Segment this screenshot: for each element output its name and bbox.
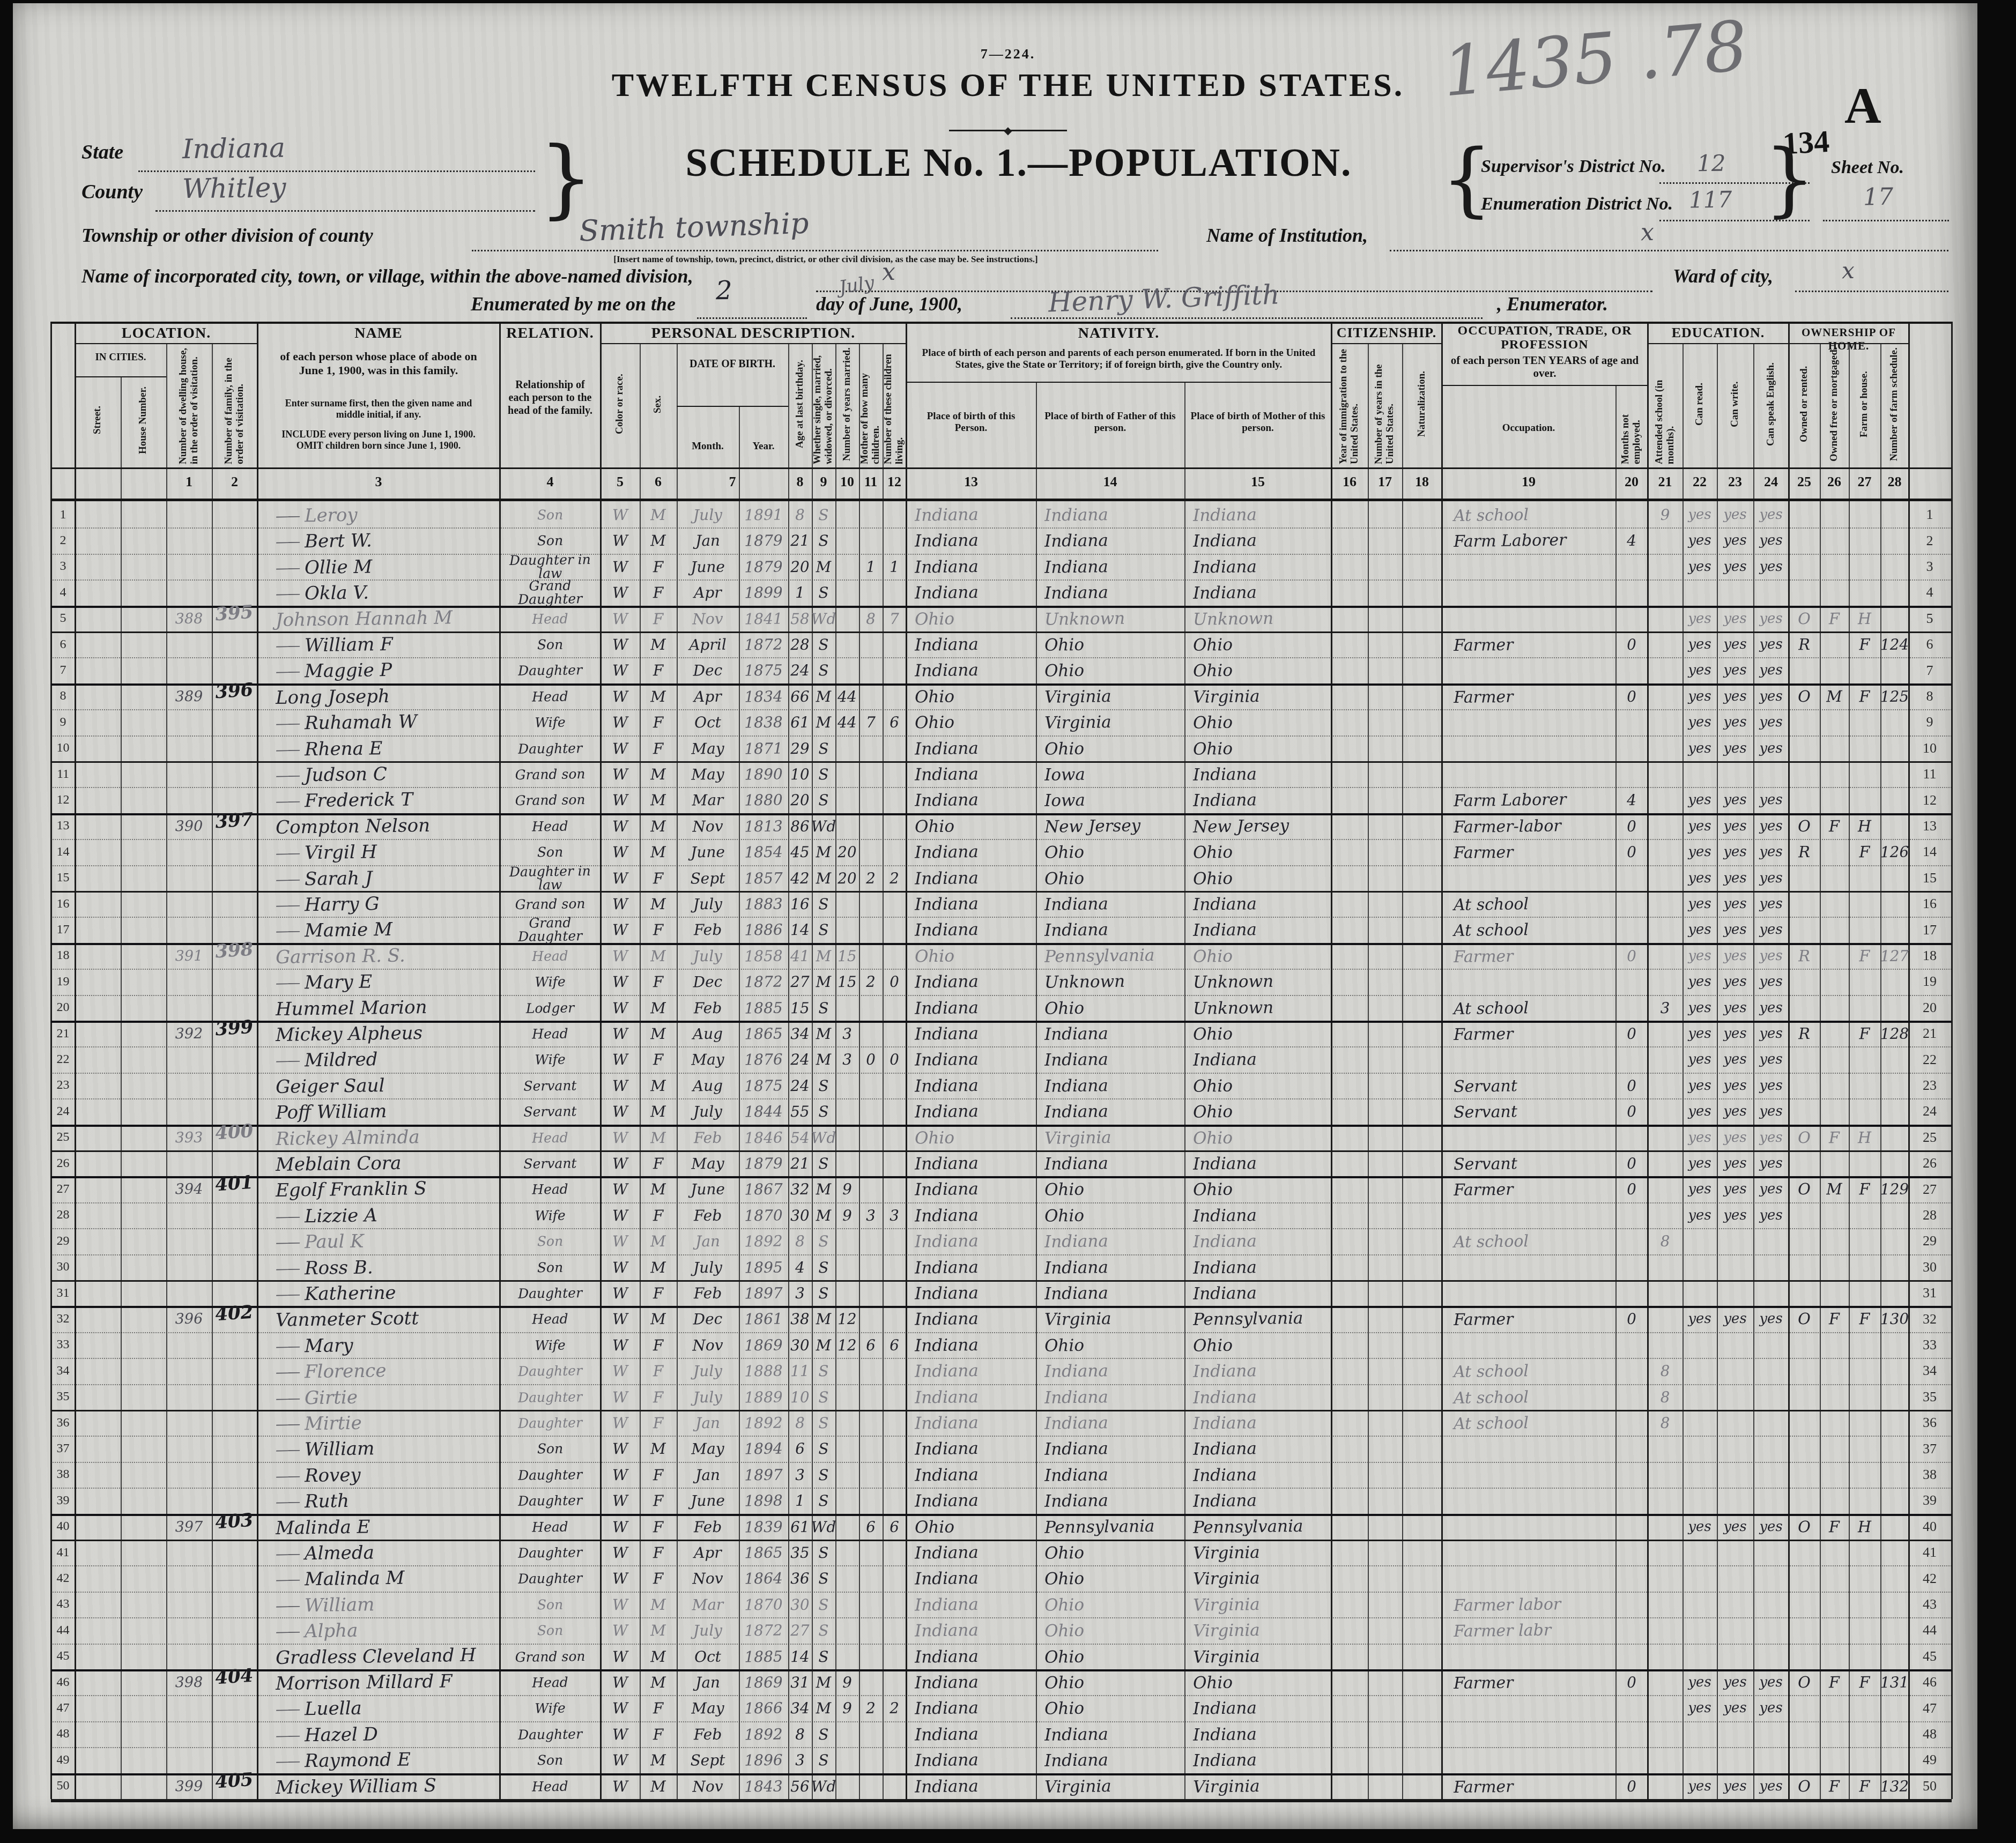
column-number-fm: 26 — [1820, 474, 1849, 490]
cell-age: 35 — [788, 1540, 812, 1566]
cell-wr: yes — [1717, 1150, 1754, 1177]
cell-color: W — [601, 1617, 640, 1644]
cell-pf: Indiana — [1036, 553, 1194, 581]
cell-color: W — [601, 1747, 640, 1773]
cell-wr: yes — [1717, 839, 1754, 865]
cell-sp: yes — [1753, 1669, 1789, 1696]
cell-pm: Ohio — [1184, 656, 1340, 684]
ditto-dash: —— — [276, 1287, 299, 1302]
cell-byear: 1866 — [739, 1695, 789, 1722]
table-row: 1616——Harry GGrand sonWMJuly188316SIndia… — [51, 891, 1952, 918]
cell-fam: 404 — [211, 1662, 258, 1691]
cell-bmonth: Oct — [677, 709, 739, 735]
cell-bmonth: July — [677, 501, 739, 528]
column-header-c18: Naturalization. — [1403, 344, 1441, 464]
cell-name: Mickey William S — [257, 1771, 518, 1801]
table-row: 44——Okla V.Grand DaughterWFApr18991SIndi… — [51, 579, 1952, 607]
cell-pb: Indiana — [906, 1046, 1045, 1074]
cell-age: 1 — [788, 579, 812, 606]
cell-name: ——William F — [257, 630, 518, 659]
cell-fs: 131 — [1880, 1669, 1909, 1696]
cell-bmonth: Nov — [677, 1565, 739, 1592]
line-number: 47 — [51, 1695, 75, 1721]
column-number-color: 5 — [601, 474, 640, 490]
cell-sex: M — [640, 683, 677, 709]
cell-sp: yes — [1753, 1176, 1789, 1202]
cell-sex: M — [640, 1669, 677, 1696]
cell-byear: 1896 — [739, 1747, 789, 1774]
cell-pm: Indiana — [1184, 1694, 1340, 1722]
table-row: 4141——AlmedaDaughterWFApr186535SIndianaO… — [51, 1540, 1952, 1566]
cell-pf: Indiana — [1036, 1461, 1194, 1489]
column-header-c17: Number of years in the United States. — [1369, 344, 1401, 464]
ditto-dash: —— — [276, 560, 299, 576]
cell-pb: Indiana — [906, 1591, 1045, 1618]
cell-sex: F — [640, 1332, 677, 1358]
cell-sp: yes — [1753, 1046, 1789, 1073]
cell-sp: yes — [1753, 813, 1789, 839]
cell-color: W — [601, 917, 640, 943]
cell-wr: yes — [1717, 813, 1754, 839]
cell-occ: Farmer — [1442, 1668, 1628, 1697]
line-number-right: 4 — [1909, 579, 1951, 605]
cell-sp: yes — [1753, 917, 1789, 943]
cell-own: R — [1789, 1021, 1820, 1047]
ditto-dash: —— — [276, 976, 299, 991]
line-number: 12 — [51, 787, 75, 813]
cell-fm: M — [1820, 683, 1849, 709]
cell-pm: Ohio — [1184, 630, 1340, 658]
cell-ym: 12 — [835, 1306, 859, 1332]
cell-pm: Ohio — [1184, 942, 1340, 970]
cell-name: ——Virgil H — [257, 837, 518, 867]
cell-age: 24 — [788, 1072, 812, 1098]
cell-fs: 125 — [1880, 683, 1909, 709]
cell-name: ——Ross B. — [257, 1252, 518, 1282]
cell-rel: Daughter — [500, 1383, 601, 1410]
line-number-right: 11 — [1909, 761, 1951, 787]
column-header-fm: Owned free or mortgaged. — [1821, 344, 1848, 464]
cell-ms: M — [812, 1306, 836, 1332]
cell-sex: F — [640, 579, 677, 606]
cell-rd: yes — [1683, 1176, 1717, 1202]
column-number-mn: 20 — [1615, 474, 1648, 490]
cell-color: W — [601, 1228, 640, 1254]
cell-mo: 6 — [859, 1332, 883, 1358]
cell-ms: M — [812, 553, 836, 579]
cell-rel: Son — [500, 1435, 601, 1462]
cell-byear: 1892 — [739, 1721, 789, 1748]
cell-color: W — [601, 969, 640, 995]
cell-pf: Indiana — [1036, 1409, 1194, 1437]
line-number: 37 — [51, 1436, 75, 1461]
line-number-right: 26 — [1909, 1150, 1951, 1176]
cell-wr: yes — [1717, 1124, 1754, 1150]
cell-byear: 1864 — [739, 1565, 789, 1592]
cell-name: Johnson Hannah M — [257, 604, 518, 633]
cell-ms: Wd — [812, 1124, 836, 1150]
cell-pb: Indiana — [906, 760, 1045, 788]
cell-byear: 1869 — [739, 1332, 789, 1358]
cell-own: R — [1789, 942, 1820, 969]
ditto-dash: —— — [276, 1754, 299, 1770]
grid-line — [51, 467, 1952, 469]
line-number-right: 28 — [1909, 1202, 1951, 1228]
cell-rel: Daughter — [500, 1720, 601, 1748]
cell-byear: 1875 — [739, 657, 789, 684]
cell-byear: 1892 — [739, 1228, 789, 1255]
cell-age: 10 — [788, 1384, 812, 1410]
cell-fm: F — [1820, 1513, 1849, 1540]
ditto-dash: —— — [276, 1598, 299, 1614]
cell-att: 3 — [1648, 994, 1683, 1021]
cell-pm: Unknown — [1184, 605, 1340, 633]
cell-ms: S — [812, 1384, 836, 1410]
column-number-pb: 13 — [906, 474, 1036, 490]
cell-sex: F — [640, 1540, 677, 1566]
cell-ym: 20 — [835, 865, 859, 891]
cell-rd: yes — [1683, 1150, 1717, 1177]
cell-color: W — [601, 527, 640, 554]
line-number-right: 2 — [1909, 527, 1951, 553]
cell-age: 56 — [788, 1773, 812, 1799]
cell-rd: yes — [1683, 942, 1717, 969]
line-number-right: 29 — [1909, 1228, 1951, 1254]
line-number: 17 — [51, 917, 75, 942]
cell-bmonth: Feb — [677, 1202, 739, 1229]
cell-sex: F — [640, 1410, 677, 1436]
cell-pf: Unknown — [1036, 605, 1194, 633]
cell-pf: Ohio — [1036, 1591, 1194, 1618]
cell-pb: Indiana — [906, 734, 1045, 762]
ditto-dash: —— — [276, 1235, 299, 1251]
cell-ms: S — [812, 1617, 836, 1644]
cell-pm: Indiana — [1184, 1720, 1340, 1748]
cell-bmonth: Feb — [677, 1280, 739, 1306]
cell-mn: 0 — [1615, 1176, 1648, 1202]
cell-bmonth: July — [677, 1384, 739, 1410]
cell-att: 8 — [1648, 1410, 1683, 1436]
cell-pm: Indiana — [1184, 1357, 1340, 1385]
grid-line — [51, 499, 1952, 501]
cell-sp: yes — [1753, 839, 1789, 865]
cell-occ: At school — [1442, 1383, 1628, 1411]
cell-rd: yes — [1683, 813, 1717, 839]
cell-name: ——Rovey — [257, 1460, 518, 1489]
cell-pf: Virginia — [1036, 682, 1194, 710]
cell-cl: 7 — [883, 605, 907, 631]
cell-pf: Unknown — [1036, 968, 1194, 995]
cell-fam: 402 — [211, 1299, 258, 1328]
cell-ms: S — [812, 502, 836, 528]
cell-sex: M — [640, 1643, 677, 1669]
cell-rel: Son — [500, 1253, 601, 1281]
cell-pm: Indiana — [1184, 1279, 1340, 1307]
cell-ms: S — [812, 1072, 836, 1098]
cell-pb: Ohio — [906, 1513, 1045, 1541]
column-number-pf: 14 — [1036, 474, 1184, 490]
cell-color: W — [601, 1046, 640, 1073]
cell-name: Long Joseph — [257, 681, 518, 711]
cell-ms: M — [812, 1021, 836, 1047]
cell-pf: Ohio — [1036, 1564, 1194, 1592]
cell-pb: Ohio — [906, 708, 1045, 736]
cell-mo: 7 — [859, 709, 883, 735]
cell-ms: S — [812, 579, 836, 606]
cell-sex: M — [640, 761, 677, 787]
cell-rel: Son — [500, 1617, 601, 1644]
line-number-right: 13 — [1909, 813, 1951, 839]
cell-color: W — [601, 501, 640, 527]
cell-pm: Indiana — [1184, 1487, 1340, 1514]
cell-bmonth: Jan — [677, 527, 739, 554]
grid-line — [906, 382, 1331, 383]
cell-rel: Head — [500, 1772, 601, 1800]
cell-rel: Head — [500, 1669, 601, 1696]
cell-rel: Son — [500, 501, 601, 529]
cell-age: 20 — [788, 553, 812, 579]
table-row: 66——William FSonWMApril187228SIndianaOhi… — [51, 631, 1952, 658]
cell-pb: Indiana — [906, 1176, 1045, 1203]
cell-rel: Wife — [500, 1201, 601, 1229]
cell-mn: 0 — [1615, 1098, 1648, 1125]
cell-cl: 0 — [883, 1046, 907, 1073]
cell-sex: M — [640, 1098, 677, 1125]
cell-mn: 0 — [1615, 1150, 1648, 1177]
ditto-dash: —— — [276, 924, 299, 939]
ditto-dash: —— — [276, 508, 299, 524]
cell-name: ——Leroy — [257, 500, 518, 530]
cell-name: Vanmeter Scott — [257, 1304, 518, 1334]
cell-sex: M — [640, 1617, 677, 1644]
line-number-right: 5 — [1909, 606, 1951, 631]
cell-byear: 1897 — [739, 1461, 789, 1488]
line-number: 19 — [51, 969, 75, 994]
cell-pb: Indiana — [906, 1616, 1045, 1644]
cell-sp: yes — [1753, 683, 1789, 709]
line-number: 8 — [51, 683, 75, 709]
cell-pm: Indiana — [1184, 1201, 1340, 1229]
cell-rel: Son — [500, 1591, 601, 1618]
ditto-dash: —— — [276, 1339, 299, 1354]
cell-age: 29 — [788, 735, 812, 761]
cell-pm: Indiana — [1184, 501, 1340, 529]
cell-pf: Indiana — [1036, 1720, 1194, 1748]
line-number: 13 — [51, 813, 75, 839]
cell-bmonth: Apr — [677, 683, 739, 710]
cell-byear: 1890 — [739, 761, 789, 787]
cell-dw: 389 — [166, 683, 212, 710]
cell-sex: F — [640, 1280, 677, 1306]
cell-pf: Indiana — [1036, 1149, 1194, 1177]
cell-pm: Indiana — [1184, 1461, 1340, 1489]
line-number: 20 — [51, 995, 75, 1021]
line-number-right: 16 — [1909, 891, 1951, 917]
cell-occ: At school — [1442, 993, 1628, 1022]
table-row: 3737——WilliamSonWMMay18946SIndianaIndian… — [51, 1436, 1952, 1462]
cell-sex: M — [640, 1254, 677, 1280]
cell-mn: 0 — [1615, 1021, 1648, 1047]
cell-ms: Wd — [812, 1513, 836, 1540]
line-number-right: 3 — [1909, 554, 1951, 579]
table-row: 4646398404Morrison Millard FHeadWMJan186… — [51, 1669, 1952, 1696]
cell-color: W — [601, 683, 640, 709]
cell-name: ——Mary E — [257, 967, 518, 997]
cell-pm: Virginia — [1184, 1539, 1340, 1566]
cell-sex: M — [640, 994, 677, 1021]
cell-byear: 1858 — [739, 942, 789, 969]
cell-ym: 9 — [835, 1669, 859, 1696]
cell-rel: Head — [500, 1513, 601, 1540]
cell-color: W — [601, 1176, 640, 1202]
cell-pm: Indiana — [1184, 760, 1340, 788]
cell-dw: 394 — [166, 1176, 212, 1203]
line-number: 22 — [51, 1046, 75, 1072]
cell-ms: S — [812, 1591, 836, 1617]
cell-age: 38 — [788, 1306, 812, 1332]
cell-cl: 0 — [883, 969, 907, 995]
cell-ms: S — [812, 657, 836, 683]
line-number-right: 45 — [1909, 1644, 1951, 1669]
table-row: 11——LeroySonWMJuly18918SIndianaIndianaIn… — [51, 502, 1952, 529]
cell-sp: yes — [1753, 605, 1789, 631]
cell-age: 32 — [788, 1176, 812, 1202]
census-scan-page: 7—224. TWELFTH CENSUS OF THE UNITED STAT… — [0, 0, 2016, 1843]
line-number: 36 — [51, 1410, 75, 1436]
cell-occ: Servant — [1442, 1071, 1628, 1099]
cell-pb: Indiana — [906, 553, 1045, 581]
cell-wr: yes — [1717, 969, 1754, 995]
ditto-dash: —— — [276, 872, 299, 887]
cell-pm: Ohio — [1184, 734, 1340, 762]
cell-fm: F — [1820, 1669, 1849, 1696]
cell-fs: 129 — [1880, 1176, 1909, 1202]
cell-age: 86 — [788, 813, 812, 839]
cell-ms: Wd — [812, 605, 836, 631]
cell-name: Geiger Saul — [257, 1071, 518, 1100]
cell-own: O — [1789, 1124, 1820, 1150]
cell-sex: F — [640, 917, 677, 943]
cell-ym: 15 — [835, 942, 859, 969]
cell-rel: Head — [500, 812, 601, 839]
cell-color: W — [601, 1409, 640, 1436]
cell-age: 42 — [788, 865, 812, 891]
cell-pm: Ohio — [1184, 1097, 1340, 1125]
cell-color: W — [601, 1072, 640, 1098]
table-row: 3232396402Vanmeter ScottHeadWMDec186138M… — [51, 1306, 1952, 1333]
cell-rel: Daughter — [500, 1280, 601, 1307]
line-number: 5 — [51, 606, 75, 631]
cell-age: 27 — [788, 969, 812, 995]
line-number-right: 32 — [1909, 1306, 1951, 1332]
cell-rd: yes — [1683, 1021, 1717, 1047]
line-number-right: 12 — [1909, 787, 1951, 813]
cell-pb: Indiana — [906, 1201, 1045, 1229]
column-number-age: 8 — [788, 474, 812, 490]
cell-sex: F — [640, 1202, 677, 1228]
cell-ym: 44 — [835, 709, 859, 735]
line-number: 31 — [51, 1280, 75, 1306]
cell-cl: 2 — [883, 865, 907, 891]
ditto-dash: —— — [276, 1053, 299, 1069]
cell-ym: 44 — [835, 683, 859, 709]
table-row: 3131——KatherineDaughterWFFeb18973SIndian… — [51, 1280, 1952, 1308]
cell-name: ——Maggie P — [257, 656, 518, 685]
cell-fh: F — [1849, 1021, 1881, 1047]
cell-color: W — [601, 1488, 640, 1514]
cell-sp: yes — [1753, 865, 1789, 891]
cell-color: W — [601, 1591, 640, 1617]
cell-fam: 400 — [211, 1118, 258, 1147]
cell-cl: 6 — [883, 1332, 907, 1358]
table-row: 1010——Rhena EDaughterWFMay187129SIndiana… — [51, 735, 1952, 763]
cell-rel: Son — [500, 631, 601, 658]
column-number-sex: 6 — [640, 474, 677, 490]
table-row: 33——Ollie MDaughter in lawWFJune187920M1… — [51, 554, 1952, 581]
cell-wr: yes — [1717, 657, 1754, 683]
line-number-right: 6 — [1909, 631, 1951, 657]
cell-own: O — [1789, 1513, 1820, 1540]
cell-pb: Indiana — [906, 527, 1045, 555]
line-number-right: 1 — [1909, 502, 1951, 527]
cell-pb: Indiana — [906, 1020, 1045, 1047]
cell-rel: Head — [500, 942, 601, 969]
cell-bmonth: Oct — [677, 1643, 739, 1670]
cell-occ: Farmer — [1442, 1305, 1628, 1333]
cell-color: W — [601, 553, 640, 579]
cell-own: O — [1789, 1176, 1820, 1202]
cell-pf: Ohio — [1036, 1694, 1194, 1722]
cell-bmonth: Dec — [677, 657, 739, 684]
table-row: 2727394401Egolf Franklin SHeadWMJune1867… — [51, 1176, 1952, 1203]
table-row: 55388395Johnson Hannah MHeadWFNov184158W… — [51, 606, 1952, 633]
column-header-ym: Number of years married. — [836, 344, 858, 464]
cell-color: W — [601, 1384, 640, 1410]
cell-color: W — [601, 1695, 640, 1721]
cell-own: O — [1789, 1669, 1820, 1696]
cell-fm: F — [1820, 1306, 1849, 1332]
cell-sp: yes — [1753, 994, 1789, 1021]
cell-age: 1 — [788, 1488, 812, 1514]
cell-name: ——Rhena E — [257, 733, 518, 763]
cell-rel: Daughter — [500, 1539, 601, 1566]
cell-own: O — [1789, 1773, 1820, 1799]
cell-age: 28 — [788, 631, 812, 658]
cell-rd: yes — [1683, 891, 1717, 917]
cell-sex: F — [640, 657, 677, 683]
cell-dw: 392 — [166, 1020, 212, 1047]
cell-sex: M — [640, 1306, 677, 1332]
cell-dw: 390 — [166, 813, 212, 839]
cell-age: 10 — [788, 761, 812, 787]
cell-rd: yes — [1683, 865, 1717, 891]
cell-ym: 9 — [835, 1202, 859, 1228]
cell-fh: F — [1849, 631, 1881, 658]
cell-wr: yes — [1717, 1306, 1754, 1332]
cell-pb: Indiana — [906, 1331, 1045, 1359]
cell-name: Garrison R. S. — [257, 941, 518, 970]
ditto-dash: —— — [276, 794, 299, 809]
grid-line — [1442, 385, 1648, 386]
cell-age: 8 — [788, 502, 812, 528]
cell-name: ——Mildred — [257, 1045, 518, 1074]
cell-pm: Virginia — [1184, 1591, 1340, 1618]
cell-color: W — [601, 1098, 640, 1125]
cell-pb: Indiana — [906, 1279, 1045, 1307]
ditto-dash: —— — [276, 768, 299, 783]
cell-name: ——Ruhamah W — [257, 708, 518, 737]
table-row: 2525393400Rickey AlmindaHeadWMFeb184654W… — [51, 1125, 1952, 1152]
